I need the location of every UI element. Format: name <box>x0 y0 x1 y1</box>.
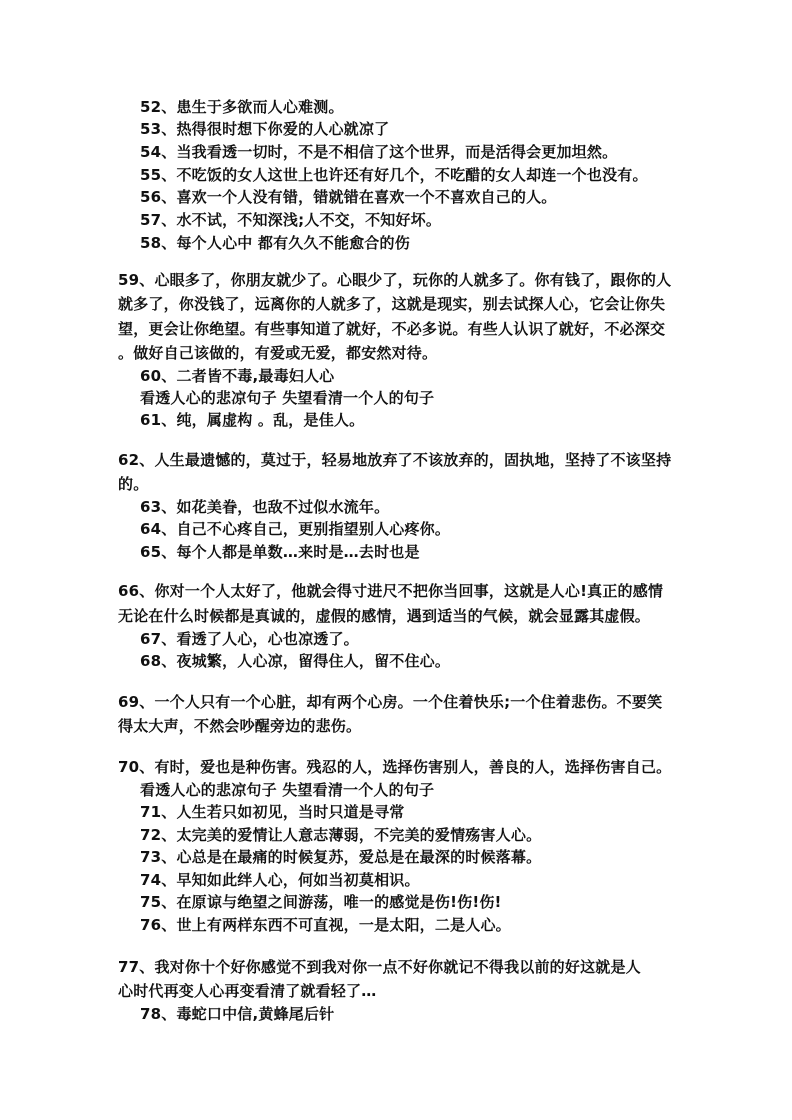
quote-line: 71、人生若只如初见，当时只道是寻常 <box>140 801 404 823</box>
paragraph-line: 的。 <box>118 473 148 495</box>
paragraph-line: 66、你对一个人太好了，他就会得寸进尺不把你当回事，这就是人心!真正的感情 <box>118 580 663 602</box>
paragraph-line: 62、人生最遗憾的，莫过于，轻易地放弃了不该放弃的，固执地，坚持了不该坚持 <box>118 449 671 471</box>
quote-line: 看透人心的悲凉句子 失望看清一个人的句子 <box>140 387 434 409</box>
quote-line: 63、如花美眷，也敌不过似水流年。 <box>140 496 389 518</box>
document-page: 52、患生于多欲而人心难测。53、热得很时想下你爱的人心就凉了54、当我看透一切… <box>0 0 792 1120</box>
quote-line: 53、热得很时想下你爱的人心就凉了 <box>140 118 389 140</box>
paragraph-line: 。做好自己该做的，有爱或无爱，都安然对待。 <box>118 342 437 364</box>
quote-line: 61、纯，属虚构 。乱，是佳人。 <box>140 409 364 431</box>
quote-line: 64、自己不心疼自己，更别指望别人心疼你。 <box>140 518 450 540</box>
quote-line: 65、每个人都是单数…来时是…去时也是 <box>140 541 420 563</box>
paragraph-line: 59、心眼多了，你朋友就少了。心眼少了，玩你的人就多了。你有钱了，跟你的人 <box>118 269 671 291</box>
paragraph-line: 70、有时，爱也是种伤害。残忍的人，选择伤害别人，善良的人，选择伤害自己。 <box>118 756 671 778</box>
quote-line: 55、不吃饭的女人这世上也许还有好几个，不吃醋的女人却连一个也没有。 <box>140 164 648 186</box>
quote-line: 58、每个人心中 都有久久不能愈合的伤 <box>140 232 410 254</box>
paragraph-line: 77、我对你十个好你感觉不到我对你一点不好你就记不得我以前的好这就是人 <box>118 956 641 978</box>
quote-line: 57、水不试，不知深浅;人不交，不知好坏。 <box>140 209 441 231</box>
quote-line: 60、二者皆不毒,最毒妇人心 <box>140 365 334 387</box>
paragraph-line: 就多了，你没钱了，远离你的人就多了，这就是现实，别去试探人心，它会让你失 <box>118 293 665 315</box>
quote-line: 56、喜欢一个人没有错，错就错在喜欢一个不喜欢自己的人。 <box>140 186 556 208</box>
quote-line: 看透人心的悲凉句子 失望看清一个人的句子 <box>140 779 434 801</box>
quote-line: 72、太完美的爱情让人意志薄弱，不完美的爱情殇害人心。 <box>140 824 541 846</box>
quote-line: 74、早知如此绊人心，何如当初莫相识。 <box>140 869 420 891</box>
paragraph-line: 无论在什么时候都是真诚的，虚假的感情，遇到适当的气候，就会显露其虚假。 <box>118 605 650 627</box>
paragraph-line: 心时代再变人心再变看清了就看轻了… <box>118 980 376 1002</box>
paragraph-line: 得太大声，不然会吵醒旁边的悲伤。 <box>118 715 361 737</box>
quote-line: 68、夜城繁，人心凉，留得住人，留不住心。 <box>140 650 450 672</box>
quote-line: 78、毒蛇口中信,黄蜂尾后针 <box>140 1003 334 1025</box>
paragraph-line: 69、一个人只有一个心脏，却有两个心房。一个住着快乐;一个住着悲伤。不要笑 <box>118 691 662 713</box>
quote-line: 73、心总是在最痛的时候复苏，爱总是在最深的时候落幕。 <box>140 846 541 868</box>
quote-line: 76、世上有两样东西不可直视，一是太阳，二是人心。 <box>140 914 511 936</box>
quote-line: 67、看透了人心，心也凉透了。 <box>140 628 359 650</box>
quote-line: 52、患生于多欲而人心难测。 <box>140 96 344 118</box>
quote-line: 75、在原谅与绝望之间游荡，唯一的感觉是伤!伤!伤! <box>140 891 502 913</box>
quote-line: 54、当我看透一切时，不是不相信了这个世界，而是活得会更加坦然。 <box>140 141 617 163</box>
paragraph-line: 望，更会让你绝望。有些事知道了就好，不必多说。有些人认识了就好，不必深交 <box>118 318 665 340</box>
